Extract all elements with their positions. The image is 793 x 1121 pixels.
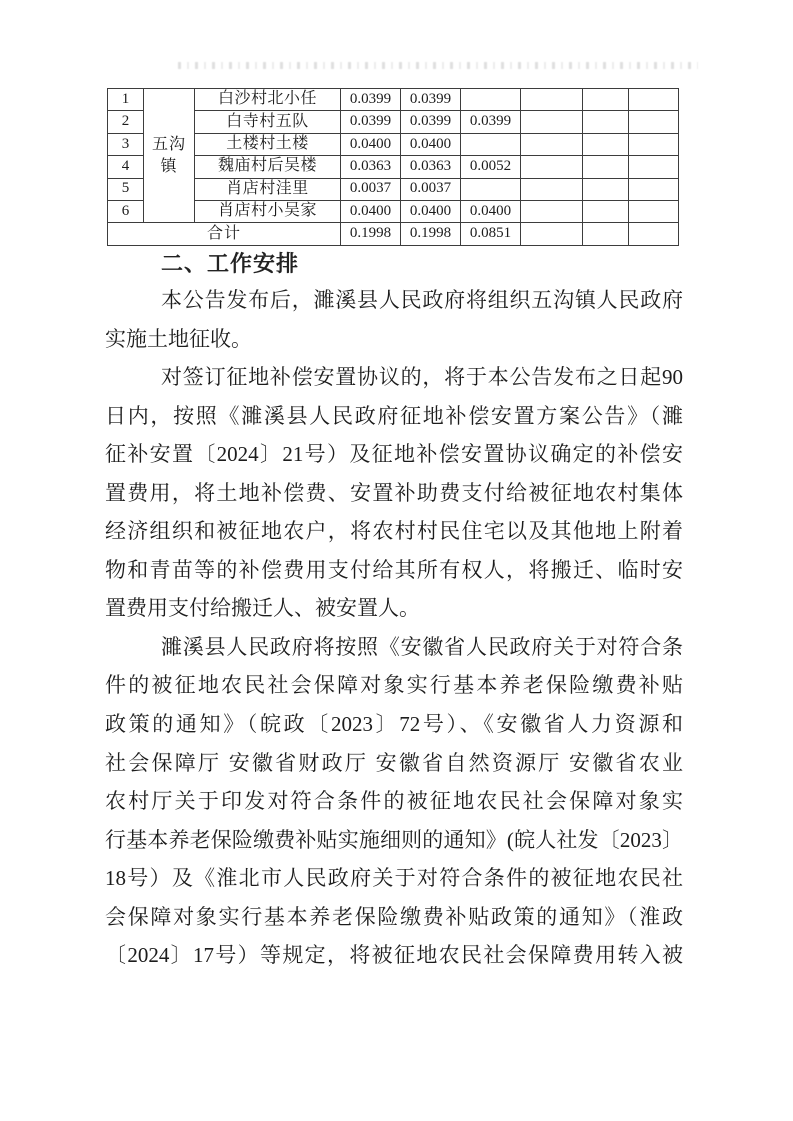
cell-empty	[629, 156, 679, 178]
cell-empty	[629, 89, 679, 111]
cell-area-other: 0.0052	[461, 156, 521, 178]
cell-total-label: 合计	[108, 223, 341, 245]
cell-empty	[521, 111, 583, 133]
paragraph-line: 物和青苗等的补偿费用支付给其所有权人，将搬迁、临时安	[105, 551, 683, 590]
cell-row-number: 2	[108, 111, 144, 133]
cell-area-total: 0.0363	[341, 156, 401, 178]
cell-area-other: 0.0399	[461, 111, 521, 133]
cell-row-number: 6	[108, 200, 144, 222]
cell-empty	[583, 133, 629, 155]
cell-area-farmland: 0.0399	[401, 111, 461, 133]
section-heading: 二、工作安排	[105, 250, 683, 278]
paragraph-line: 日内，按照《濉溪县人民政府征地补偿安置方案公告》（濉	[105, 397, 683, 436]
paragraph-line: 18号）及《淮北市人民政府关于对符合条件的被征地农民社	[105, 859, 683, 898]
cell-empty	[521, 89, 583, 111]
paragraph-line: 社会保障厅 安徽省财政厅 安徽省自然资源厅 安徽省农业	[105, 744, 683, 783]
land-parcel-table: 1 五沟镇 白沙村北小任 0.0399 0.0399 2 白寺村五队 0.039…	[107, 88, 679, 246]
cell-village: 土楼村土楼	[195, 133, 341, 155]
paragraph-line: 农村厅关于印发对符合条件的被征地农民社会保障对象实	[105, 782, 683, 821]
cell-empty	[629, 111, 679, 133]
cell-empty	[583, 111, 629, 133]
paragraph-line: 对签订征地补偿安置协议的，将于本公告发布之日起90	[105, 358, 683, 397]
cell-village: 肖店村小吴家	[195, 200, 341, 222]
cell-empty	[583, 156, 629, 178]
cell-total-area-total: 0.1998	[341, 223, 401, 245]
cell-town: 五沟镇	[144, 89, 195, 223]
cell-empty	[629, 178, 679, 200]
cell-total-area-farmland: 0.1998	[401, 223, 461, 245]
cell-village: 肖店村洼里	[195, 178, 341, 200]
paragraph-line: 〔2024〕17号）等规定，将被征地农民社会保障费用转入被	[105, 936, 683, 975]
cell-row-number: 4	[108, 156, 144, 178]
cell-area-farmland: 0.0363	[401, 156, 461, 178]
cell-area-other	[461, 89, 521, 111]
cell-area-farmland: 0.0400	[401, 133, 461, 155]
cell-area-other	[461, 178, 521, 200]
scanned-document-page: 1 五沟镇 白沙村北小任 0.0399 0.0399 2 白寺村五队 0.039…	[0, 0, 793, 1121]
cell-area-farmland: 0.0037	[401, 178, 461, 200]
cell-area-total: 0.0399	[341, 111, 401, 133]
cell-area-farmland: 0.0400	[401, 200, 461, 222]
body-text: 本公告发布后，濉溪县人民政府将组织五沟镇人民政府 实施土地征收。 对签订征地补偿…	[105, 281, 683, 975]
cell-area-total: 0.0400	[341, 133, 401, 155]
paragraph-line: 经济组织和被征地农户，将农村村民住宅以及其他地上附着	[105, 512, 683, 551]
cell-area-total: 0.0037	[341, 178, 401, 200]
cell-empty	[521, 133, 583, 155]
paragraph-line: 行基本养老保险缴费补贴实施细则的通知》(皖人社发〔2023〕	[105, 821, 683, 860]
cell-empty	[583, 223, 629, 245]
cell-empty	[583, 200, 629, 222]
paragraph-line: 会保障对象实行基本养老保险缴费补贴政策的通知》（淮政	[105, 898, 683, 937]
cell-empty	[629, 223, 679, 245]
cell-row-number: 3	[108, 133, 144, 155]
paragraph-line: 政策的通知》（皖政〔2023〕72号）、《安徽省人力资源和	[105, 705, 683, 744]
table-row: 1 五沟镇 白沙村北小任 0.0399 0.0399	[108, 89, 679, 111]
paragraph-line: 征补安置〔2024〕21号）及征地补偿安置协议确定的补偿安	[105, 435, 683, 474]
cell-empty	[521, 156, 583, 178]
scan-bleed-artifact	[178, 62, 698, 69]
cell-empty	[629, 133, 679, 155]
cell-total-area-other: 0.0851	[461, 223, 521, 245]
cell-empty	[521, 178, 583, 200]
cell-row-number: 5	[108, 178, 144, 200]
paragraph-line: 件的被征地农民社会保障对象实行基本养老保险缴费补贴	[105, 666, 683, 705]
cell-area-other: 0.0400	[461, 200, 521, 222]
paragraph-line: 置费用支付给搬迁人、被安置人。	[105, 589, 683, 628]
cell-empty	[521, 223, 583, 245]
paragraph-line: 濉溪县人民政府将按照《安徽省人民政府关于对符合条	[105, 628, 683, 667]
cell-area-farmland: 0.0399	[401, 89, 461, 111]
cell-empty	[583, 178, 629, 200]
cell-village: 白寺村五队	[195, 111, 341, 133]
table-total-row: 合计 0.1998 0.1998 0.0851	[108, 223, 679, 245]
paragraph-line: 置费用，将土地补偿费、安置补助费支付给被征地农村集体	[105, 474, 683, 513]
cell-empty	[521, 200, 583, 222]
cell-area-other	[461, 133, 521, 155]
paragraph-line: 实施土地征收。	[105, 320, 683, 359]
cell-area-total: 0.0399	[341, 89, 401, 111]
cell-area-total: 0.0400	[341, 200, 401, 222]
cell-village: 白沙村北小任	[195, 89, 341, 111]
cell-row-number: 1	[108, 89, 144, 111]
cell-empty	[583, 89, 629, 111]
cell-village: 魏庙村后吴楼	[195, 156, 341, 178]
cell-empty	[629, 200, 679, 222]
town-label: 五沟镇	[152, 134, 186, 177]
paragraph-line: 本公告发布后，濉溪县人民政府将组织五沟镇人民政府	[105, 281, 683, 320]
